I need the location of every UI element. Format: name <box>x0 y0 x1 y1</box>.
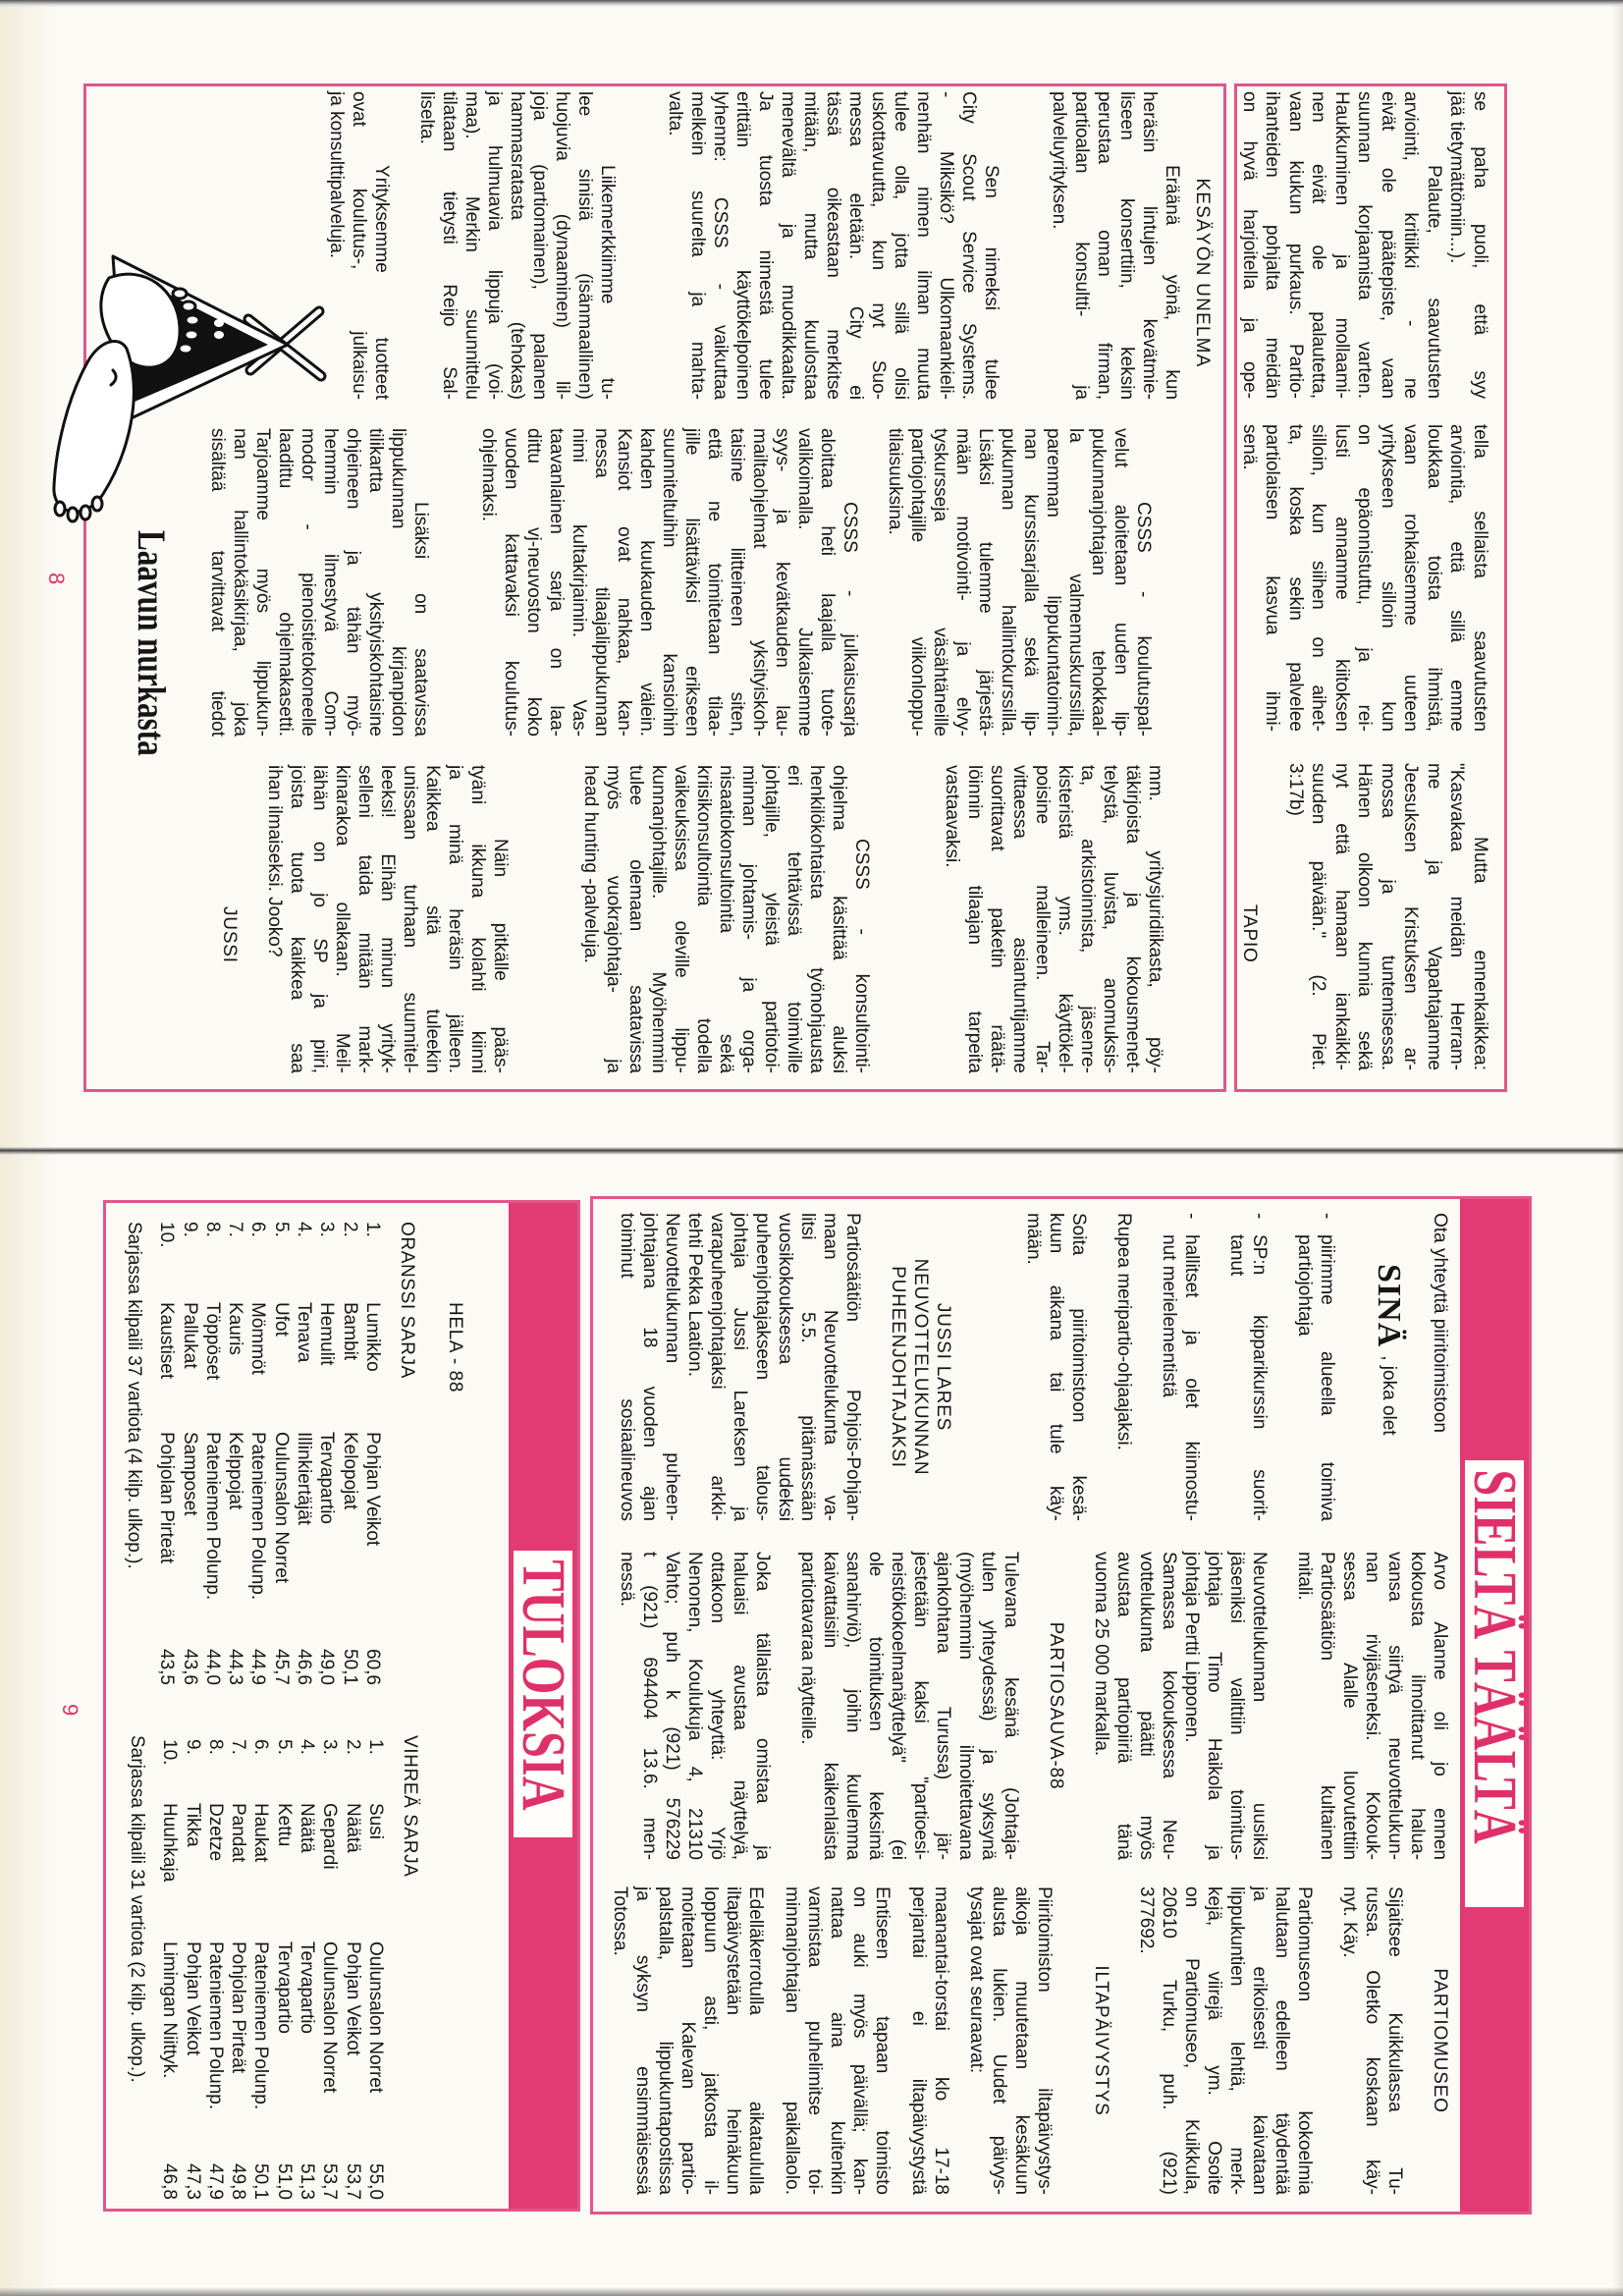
word: lukien. <box>989 1968 1011 2022</box>
word: jo <box>1429 1762 1451 1777</box>
word: käsittää <box>828 896 850 959</box>
text-line: silloin,kunsiihenonaihet- <box>1307 424 1330 732</box>
text-line: jaerikoisestikaivataan <box>1248 1886 1271 2195</box>
rank-cell: 2. <box>339 1222 361 1237</box>
word: il- <box>699 2180 722 2195</box>
word: heinäkuun <box>722 2108 744 2195</box>
word: ja <box>1423 860 1446 875</box>
text-line: suunniteltuihinkansioihin <box>658 428 680 737</box>
word: kinarakoa <box>331 765 353 846</box>
word: nimen <box>912 187 935 238</box>
text-line: Rupeameripartio-ohjaajaksi. <box>1112 1213 1135 1521</box>
word: Lisäksi <box>974 428 997 485</box>
word: on <box>409 593 432 614</box>
word: messa <box>844 91 867 146</box>
word: tule <box>1045 1424 1067 1454</box>
word: ja <box>751 1845 774 1860</box>
word: viirejä <box>1203 1971 1225 2020</box>
word: loppuun <box>699 1886 722 1953</box>
word: tilikartta <box>364 428 387 492</box>
word: mm. <box>1144 765 1166 801</box>
paragraph: CSSS-konsultointi-ohjelmakäsittääaluksih… <box>579 765 873 1073</box>
text-line: kriisikonsultointiatodella <box>692 765 715 1073</box>
result-row: 7.PandatPohjolan Pirteät49,8 <box>227 1735 249 2207</box>
word: konsulttipalveluja. <box>325 111 348 258</box>
text-line: taavanlainensarjaonlaa- <box>545 428 568 737</box>
word: maa). <box>460 91 483 139</box>
word: kaikenlaista <box>819 1763 841 1860</box>
word: CSSS <box>850 839 873 890</box>
word: uuteen <box>1399 675 1423 732</box>
word: kiitoksen <box>1330 659 1354 732</box>
word: vittaessa <box>1008 765 1031 839</box>
word: tuosta <box>754 155 777 206</box>
word: palvelee <box>1284 662 1308 732</box>
word: liseen <box>1115 91 1138 140</box>
text-line: Nenonen,Koulukuja4,21310 <box>683 1552 706 1860</box>
word: tehtävissä <box>783 851 805 936</box>
scout-group-cell: Oulunsalon Norret <box>364 1941 387 2093</box>
word: on <box>1353 424 1377 445</box>
word: tietymättömiin...). <box>1445 122 1469 264</box>
text-line: vittaessaasiantuntijamme <box>1008 765 1031 1073</box>
word: partiotavaraa <box>796 1552 819 1661</box>
top-box-column-1: sepahapuoli,ettäsyyjäätietymättömiin...)… <box>1238 91 1492 399</box>
word: ihmi- <box>1261 691 1284 732</box>
text-line: jillelisättäviksierikseen <box>680 428 703 737</box>
text-line: jäseniksivalittiintoimitus- <box>1225 1552 1248 1860</box>
word: Nenonen, <box>683 1552 706 1632</box>
points-cell: 45,7 <box>270 1638 293 1685</box>
text-line: 20610Turku,puh.(921) <box>1158 1886 1180 2195</box>
word: lip- <box>1019 712 1042 737</box>
word: kesäkuun <box>1011 2115 1034 2195</box>
word: mahta- <box>686 342 709 400</box>
text-line: minnanjohtamis-jaorga- <box>737 765 760 1073</box>
banner-sielta-taalta: SIELTÄ TÄÄLTÄ <box>1460 1199 1529 2212</box>
word: ihan <box>263 765 286 800</box>
word: pitkälle <box>489 923 512 981</box>
word: ja <box>977 1750 1000 1765</box>
word: kahden <box>635 428 658 489</box>
word: Neu- <box>1158 1820 1180 1860</box>
text-line: 377692. <box>1135 1886 1158 2195</box>
text-line: Partiomuseonkokoelmia <box>1293 1886 1316 2195</box>
heading-line: NEUVOTTELUKUNNAN <box>909 1213 932 1521</box>
scout-group-cell: Oulunsalon Norret <box>318 1941 341 2093</box>
word: Sen <box>980 165 1002 198</box>
text-line: löinnintilaajantarpeita <box>963 765 986 1073</box>
word: Jooko? <box>263 897 286 957</box>
text-line: Entiseentapaantoimisto <box>871 1886 893 2195</box>
series-footer: Sarjassa kilpaili 37 vartiota (4 kilp. u… <box>123 1222 145 1569</box>
text-line: nankurssisarjallasekälip- <box>1019 428 1042 737</box>
word: tulee <box>980 359 1002 400</box>
word: "Kasvakaa <box>1445 763 1469 851</box>
word: tuotteet <box>370 338 393 400</box>
word: velut <box>1109 428 1132 467</box>
word: erikoisesti <box>1248 1966 1271 2049</box>
word: ennen <box>1429 1808 1451 1860</box>
word: arkki- <box>706 1476 729 1521</box>
paragraph: sepahapuoli,ettäsyyjäätietymättömiin...)… <box>1445 91 1491 399</box>
word: kan- <box>613 700 635 737</box>
text-line: ArvoAlanneolijoennen <box>1429 1552 1451 1860</box>
word: Vahto; <box>661 1552 683 1605</box>
word: Oletko <box>1361 1970 1383 2024</box>
word: tulemme <box>974 542 997 614</box>
word: varmistaa <box>803 1886 826 1967</box>
text-line: moitetaanKalevanpartio- <box>676 1886 699 2195</box>
text-line: mitään,muttakuulostaa <box>799 91 822 400</box>
word: partiopiiriä <box>1112 1677 1135 1764</box>
points-cell: 55,0 <box>364 2153 387 2200</box>
word: (voi- <box>483 363 506 400</box>
word: taavanlainen <box>545 428 568 534</box>
text-line: johtajaJussiLareksenja <box>729 1213 751 1521</box>
word: lippukuntien <box>1225 1886 1248 1986</box>
word: meripartio-ohjaajaksi. <box>1112 1273 1135 1450</box>
signature-text: JUSSI <box>218 836 241 1073</box>
word: ne <box>703 501 726 521</box>
word: tuota <box>286 851 308 893</box>
paragraph: Eräänäyönä,kunheräsinlintujenkevätmie-li… <box>1048 91 1183 400</box>
word: että <box>1330 823 1354 854</box>
word: tapaan <box>871 2016 893 2073</box>
text-line: Palaute,saavutusten <box>1423 91 1446 399</box>
word: Sijaitsee <box>1383 1886 1406 1957</box>
rank-cell: 7. <box>227 1739 249 1755</box>
text-line: lustiannammekiitoksen <box>1330 424 1354 732</box>
text-line: perjantaieiiltapäivystystä <box>907 1886 930 2195</box>
text-line: aikojamuutetaankesäkuun <box>1011 1886 1034 2195</box>
word: aikataululla <box>744 2102 767 2195</box>
word: Joka <box>751 1552 774 1591</box>
word: lee <box>573 91 596 116</box>
text-line: palveluyrityksen. <box>1048 91 1070 400</box>
word: Myöhemmin <box>647 972 670 1073</box>
word: kritiikki <box>1399 212 1423 268</box>
word: kattavaksi <box>500 533 522 616</box>
text-line: lavalmennuskurssilla, <box>1064 428 1087 737</box>
text-line: -Miksikö?Ulkomaankieli- <box>935 91 957 400</box>
word: ajankohtana <box>932 1552 954 1654</box>
word: 25 <box>1090 1618 1112 1639</box>
word: arkistoinnista, <box>1076 839 1099 953</box>
word: johtaja <box>1180 1552 1203 1607</box>
signature-text: TAPIO <box>1238 834 1262 1070</box>
magazine-spread: sepahapuoli,ettäsyyjäätietymättömiin...)… <box>0 0 1623 2296</box>
text-line: Totossa. <box>609 1886 631 2195</box>
word: suurelta <box>686 191 709 257</box>
word: SP:n <box>1248 1234 1271 1275</box>
text-line: tuleeolla,jottasilläolisi <box>890 91 912 400</box>
text-line: Piiritoimistoniltapäivystys- <box>1034 1886 1056 2195</box>
word: nyt <box>867 302 890 327</box>
banner-title-box: SIELTÄ TÄÄLTÄ <box>1465 1460 1524 1907</box>
column-title-laavun-nurkasta: Laavun nurkasta <box>129 530 174 756</box>
points-cell: 53,7 <box>342 2153 364 2200</box>
text-line: Eräänäyönä,kun <box>1161 91 1183 400</box>
text-line: taisineliitteineensiten, <box>726 428 748 737</box>
points-cell: 53,7 <box>318 2153 341 2200</box>
word: päivään." <box>1307 861 1330 939</box>
word: joja <box>528 91 551 121</box>
bullet-item: SP:nkipparikurssinsuorit-tanut- <box>1225 1213 1271 1521</box>
word: saatavissa <box>409 648 432 737</box>
word: jäsenre- <box>1076 1006 1099 1073</box>
word: ja <box>951 641 974 656</box>
text-line: palstalla,lippukuntapostissa <box>654 1886 676 2195</box>
word: ollakaan. <box>331 902 353 977</box>
results-table-vihrea: VIHREÄ SARJA Sarjassa kilpaili 31 vartio… <box>127 1735 421 2207</box>
word: nimeksi <box>980 247 1002 310</box>
text-line: halutaanedelleentäydentää <box>1271 1886 1293 2195</box>
word: Tu- <box>1383 2167 1406 2195</box>
word: t <box>638 1552 661 1557</box>
word: ja <box>1180 1331 1203 1345</box>
scout-group-cell: Pateniemen Polunp. <box>204 1941 227 2109</box>
word: käy- <box>1045 1486 1067 1521</box>
word: Scout <box>957 153 980 201</box>
scout-group-cell: Pohjolan Pirteät <box>227 1941 249 2073</box>
text-line: kunnanjohtajille.Myöhemmin <box>647 765 670 1073</box>
word: ole <box>1377 168 1400 192</box>
word: olla, <box>890 165 912 199</box>
rank-cell: 6. <box>247 1222 270 1237</box>
word: eletään. <box>844 193 867 260</box>
result-row: 8.TöppösetPateniemen Polunp.44,0 <box>201 1222 224 1693</box>
bullet-dash-icon: - <box>1248 1213 1271 1219</box>
text-line: t(921)69440413.6.men- <box>638 1552 661 1860</box>
rank-cell: 4. <box>293 1222 315 1237</box>
word: telystä, <box>1099 765 1121 824</box>
word: ne <box>1399 378 1423 399</box>
word: halua- <box>1406 1808 1429 1860</box>
word: ja <box>771 510 793 524</box>
text-line: ihanteidenpohjaltameidän <box>1261 91 1284 399</box>
word: Pohjois-Pohjan- <box>841 1390 864 1521</box>
word: puh <box>661 1631 683 1663</box>
text-line: mailtaohjelmatyksityiskoh- <box>748 428 771 737</box>
word: vottelukunta <box>1135 1552 1158 1652</box>
word: 377692. <box>1135 1886 1158 1954</box>
scout-group-cell: Pohjan Veikot <box>342 1941 364 2055</box>
text-line: sellenitaidamitäänmark- <box>353 765 376 1073</box>
word: turhaan <box>399 885 421 948</box>
word: erikseen <box>680 666 703 737</box>
word: nan <box>1019 428 1042 460</box>
word: sanahirviö), <box>841 1552 864 1648</box>
word: ja <box>1203 1845 1225 1860</box>
word: pukunnanjohtajan <box>1087 428 1109 575</box>
word: paketin <box>986 907 1008 967</box>
text-line: Haukkuminenjamollaami- <box>1330 91 1354 399</box>
section-heading: ILTAPÄIVYSTYS <box>1090 1886 1112 2195</box>
word: on <box>848 1886 871 1907</box>
points-cell: 44,0 <box>201 1638 224 1685</box>
text-line: varapuheenjohtajaksiarkki- <box>706 1213 729 1521</box>
word: Ulkomaankieli- <box>935 277 957 400</box>
word: vuonna <box>1090 1552 1112 1613</box>
text-line: onPartiomuseo,Kuikkula, <box>1180 1886 1203 2195</box>
word: - <box>839 590 861 596</box>
word: kevätmie- <box>1138 319 1161 400</box>
result-row: 7.KaurisKelppojat44,3 <box>224 1222 246 1693</box>
word: ennenkaikkea: <box>1469 950 1492 1070</box>
rank-cell: 8. <box>204 1739 227 1755</box>
paragraph: Rupeameripartio-ohjaajaksi. <box>1112 1213 1135 1521</box>
word: (tehokas) <box>506 322 528 400</box>
word: valittiin <box>1225 1678 1248 1735</box>
word: ja <box>483 91 506 106</box>
word: vuoden <box>500 428 522 489</box>
banner-title: SIELTÄ TÄÄLTÄ <box>1465 1460 1524 1844</box>
author-signature: JUSSI <box>218 765 241 1073</box>
word: liselta. <box>415 91 438 144</box>
word: ja <box>1121 893 1144 907</box>
word: Partiosäätiön <box>1316 1552 1338 1661</box>
word: CSSS <box>839 502 861 553</box>
word: korjaamista <box>1353 204 1377 300</box>
text-line: Hänenolkoonkunniasekä <box>1353 763 1377 1070</box>
word: toimiville <box>783 1002 805 1073</box>
text-line: Sennimeksitulee <box>980 91 1002 400</box>
word: olet <box>1180 1378 1203 1408</box>
bullet-dash-icon: - <box>1316 1213 1338 1219</box>
word: partio- <box>676 2142 699 2195</box>
word: ym. <box>1203 2065 1225 2096</box>
word: Neuvottelukunnan <box>661 1213 683 1363</box>
patrol-name-cell: Susi <box>364 1803 387 1839</box>
word: tiedot <box>206 691 229 737</box>
word: tulee <box>624 765 647 805</box>
word: nan <box>1361 1552 1383 1583</box>
text-line: partioalankonsultti-ja <box>1070 91 1093 400</box>
text-line: senä. <box>1238 424 1262 732</box>
word: yönä, <box>1161 275 1183 320</box>
bullet-item: hallitsetjaoletkiinnostu-nutmerielementi… <box>1158 1213 1203 1521</box>
word: lippukun- <box>251 661 274 737</box>
word: City <box>957 91 980 124</box>
text-line: myösvuokrajohtaja-ja <box>602 765 624 1073</box>
word: maanantai-torstai <box>930 1886 952 2031</box>
word: selleni <box>353 765 376 818</box>
text-line: ihanilmaiseksi.Jooko? <box>263 765 286 1073</box>
word: Neuvottelukunnan <box>1248 1552 1271 1702</box>
word: 18 <box>638 1327 661 1347</box>
word: valmennuskurssilla, <box>1064 574 1087 737</box>
word: merkitse <box>822 329 844 400</box>
word: nattaa <box>826 1886 848 1939</box>
word: ovat <box>966 1945 989 1981</box>
text-line: loppuunasti,jatkostail- <box>699 1886 722 2195</box>
text-line: jestetäänkaksi"partioesi- <box>909 1552 932 1860</box>
word: ei <box>844 385 867 400</box>
word: puoli, <box>1469 224 1492 268</box>
text-line: sessaAlalleluovutettiin <box>1338 1552 1361 1860</box>
text-line: johtajaTimoHaikolaja <box>1203 1552 1225 1860</box>
word: jälleen. <box>444 1014 466 1073</box>
text-line: SP:nkipparikurssinsuorit- <box>1248 1213 1271 1521</box>
text-line: Kaikkeasitätuleekin <box>421 765 444 1073</box>
word: ope- <box>1238 361 1262 399</box>
word: ajan <box>638 1486 661 1521</box>
word: ohjelmakasetti. <box>274 612 297 737</box>
text-line: onhyväharjoitellajaope- <box>1238 91 1262 399</box>
word: olkoon <box>1353 852 1377 907</box>
article-title: KESÄYÖN UNELMA <box>1191 91 1214 455</box>
word: kolahti <box>466 938 489 992</box>
word: Turku, <box>1158 1980 1180 2032</box>
word: kiukun <box>1284 161 1308 215</box>
text-line: lähänonjoSPjapiiri, <box>308 765 331 1073</box>
word: on <box>1238 91 1262 112</box>
word: edelleen <box>1271 2000 1293 2071</box>
word: Totossa. <box>609 1886 631 1956</box>
word: ei <box>907 2011 930 2026</box>
word: ensimmäisessä <box>631 2066 654 2195</box>
paragraph: maanantai-torstaiklo17-18perjantaieiilta… <box>907 1886 952 2195</box>
text-line: kinarakoaollakaan.Meil- <box>331 765 353 1073</box>
word: nenhän <box>912 91 935 153</box>
word: lusti <box>1330 424 1354 458</box>
callout-rest: , joka olet <box>1378 1355 1399 1435</box>
word: dittu <box>522 428 545 464</box>
text-line: heräsinlintujenkevätmie- <box>1138 91 1161 400</box>
word: Pertti <box>1180 1612 1203 1655</box>
text-line: ohjelmakäsittääaluksi <box>828 765 850 1073</box>
word: Com- <box>319 691 342 737</box>
word: tuote- <box>816 688 839 737</box>
text-line: partiotavaraanäytteille. <box>796 1552 819 1860</box>
word: unissaan <box>399 765 421 840</box>
word: aluksi <box>828 1025 850 1073</box>
word: alueella <box>1316 1351 1338 1416</box>
word: todella <box>692 1018 715 1073</box>
word: partioalan <box>1070 91 1093 173</box>
text-line: neneivätolepalautetta, <box>1307 91 1330 399</box>
word: lippu- <box>670 1028 692 1073</box>
word: aikana <box>1045 1285 1067 1340</box>
word: Jeesuksen <box>1399 763 1423 852</box>
results-table-oranssi: ORANSSI SARJA Sarjassa kilpaili 37 varti… <box>124 1222 418 1693</box>
word: iankaikki- <box>1330 993 1354 1070</box>
word: uskottavuutta, <box>867 91 890 207</box>
word: aikoja <box>1011 1886 1034 1936</box>
word: sessa <box>1338 1552 1361 1601</box>
text-line: Muttaennenkaikkea: <box>1469 763 1492 1070</box>
word: Kalevan <box>676 2021 699 2089</box>
scout-group-cell: Limingan Niittyk. <box>158 1941 181 2078</box>
scout-group-cell: Pateniemen Polunp. <box>250 1941 273 2109</box>
word: head <box>579 765 602 806</box>
text-line: ottakoonyhteyttä:Yrjö <box>706 1552 729 1860</box>
text-line: CityScoutServiceSystems. <box>957 91 980 400</box>
word: partiotoi- <box>760 1001 783 1073</box>
word: toimitetaan <box>703 564 726 655</box>
text-line: liseenkonserttiin,keksin <box>1115 91 1138 400</box>
word: mitään <box>353 933 376 989</box>
word: konsultti- <box>1070 242 1093 316</box>
word: myös <box>602 765 624 809</box>
word: pienoistietokoneelle <box>297 573 319 737</box>
paragraph: Piiritoimistoniltapäivystys-aikojamuutet… <box>966 1886 1056 2195</box>
patrol-name-cell: Ufot <box>270 1302 293 1337</box>
word: kevätkauden <box>771 562 793 668</box>
text-line: melkeinsuureltajamahta- <box>686 91 709 400</box>
word: piirimme <box>1316 1234 1338 1305</box>
